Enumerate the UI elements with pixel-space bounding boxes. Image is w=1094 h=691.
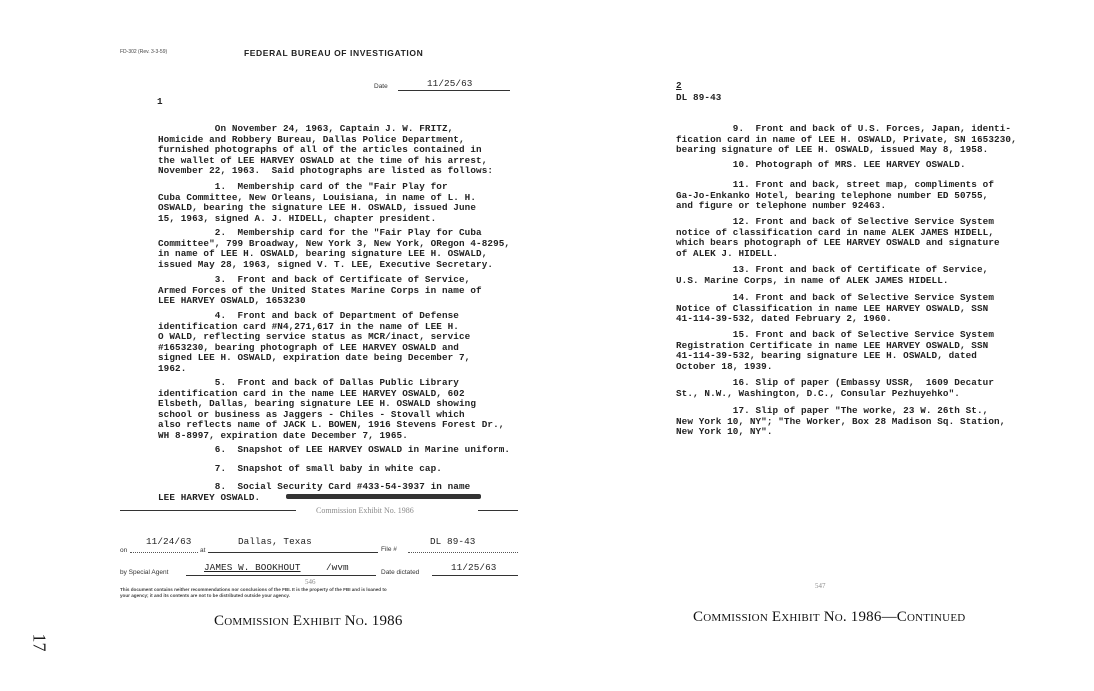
page-mark: 546	[305, 578, 316, 586]
agent-value: JAMES W. BOOKHOUT	[204, 563, 301, 574]
on-label: on	[120, 547, 127, 554]
item-2: 2. Membership card for the "Fair Play fo…	[158, 228, 510, 270]
exhibit-caption: Commission Exhibit No. 1986—Continued	[693, 609, 965, 626]
exhibit-stamp: Commission Exhibit No. 1986	[316, 506, 414, 515]
file-label: File #	[381, 546, 397, 553]
dictated-label: Date dictated	[381, 569, 419, 576]
item-17: 17. Slip of paper "The worke, 23 W. 26th…	[676, 406, 1005, 438]
on-underline	[130, 552, 198, 553]
item-10: 10. Photograph of MRS. LEE HARVEY OSWALD…	[676, 160, 966, 171]
date-underline	[398, 90, 510, 91]
agency-header: FEDERAL BUREAU OF INVESTIGATION	[244, 48, 423, 58]
item-12: 12. Front and back of Selective Service …	[676, 217, 1000, 259]
item-4: 4. Front and back of Department of Defen…	[158, 311, 470, 375]
agent-underline	[186, 575, 376, 576]
separator-line-right	[478, 510, 518, 511]
page-mark: 547	[815, 582, 826, 590]
item-13: 13. Front and back of Certificate of Ser…	[676, 265, 988, 286]
at-label: at	[200, 547, 205, 554]
item-14: 14. Front and back of Selective Service …	[676, 293, 994, 325]
file-reference: DL 89-43	[676, 93, 721, 104]
item-3: 3. Front and back of Certificate of Serv…	[158, 275, 482, 307]
file-value: DL 89-43	[430, 537, 475, 548]
item-16: 16. Slip of paper (Embassy USSR, 1609 De…	[676, 378, 994, 399]
dictated-underline	[432, 575, 518, 576]
date-label: Date	[374, 83, 388, 90]
on-value: 11/24/63	[146, 537, 191, 548]
item-7: 7. Snapshot of small baby in white cap.	[158, 464, 442, 475]
item-5: 5. Front and back of Dallas Public Libra…	[158, 378, 504, 442]
disclaimer: This document contains neither recommend…	[120, 587, 387, 599]
form-code: FD-302 (Rev. 3-3-59)	[120, 49, 167, 55]
file-underline	[408, 552, 518, 553]
item-11: 11. Front and back, street map, complime…	[676, 180, 994, 212]
at-underline	[208, 552, 378, 553]
side-page-number: 17	[29, 634, 50, 652]
redaction-strip	[286, 494, 481, 499]
separator-line-left	[120, 510, 296, 511]
item-1: 1. Membership card of the "Fair Play for…	[158, 182, 476, 224]
item-6: 6. Snapshot of LEE HARVEY OSWALD in Mari…	[158, 445, 510, 456]
agent-initials: /wvm	[326, 563, 349, 574]
intro-paragraph: On November 24, 1963, Captain J. W. FRIT…	[158, 124, 493, 177]
agent-label: by Special Agent	[120, 569, 168, 576]
exhibit-caption: Commission Exhibit No. 1986	[214, 613, 403, 630]
item-9: 9. Front and back of U.S. Forces, Japan,…	[676, 124, 1017, 156]
date-value: 11/25/63	[427, 79, 472, 90]
dictated-value: 11/25/63	[451, 563, 496, 574]
at-value: Dallas, Texas	[238, 537, 312, 548]
page-number: 2	[676, 81, 682, 92]
page-number: 1	[157, 97, 163, 108]
item-15: 15. Front and back of Selective Service …	[676, 330, 994, 372]
item-8: 8. Social Security Card #433-54-3937 in …	[158, 482, 470, 503]
